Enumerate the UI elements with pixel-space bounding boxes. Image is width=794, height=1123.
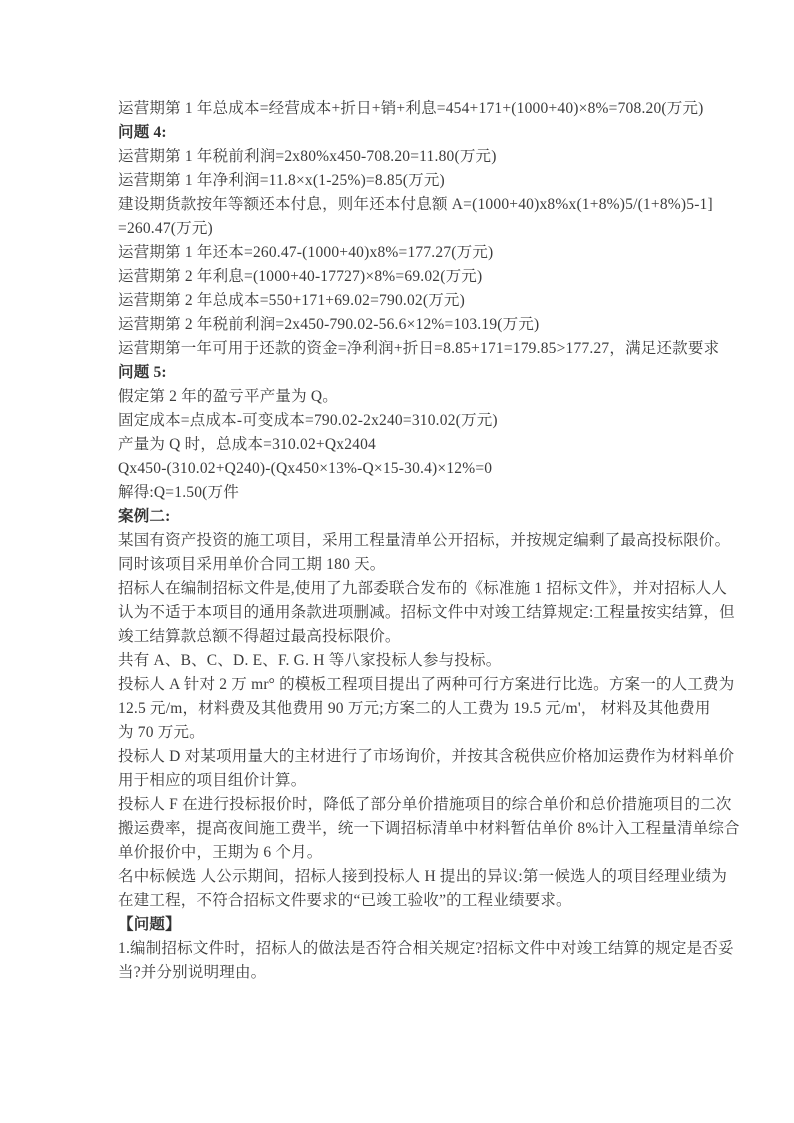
calc-line-breakeven-equation: Qx450-(310.02+Q240)-(Qx450×13%-Q×15-30.4… — [118, 457, 680, 481]
calc-line-total-cost-at-q: 产量为 Q 时，总成本=310.02+Qx2404 — [118, 433, 680, 457]
calc-line-annual-repayment-result: =260.47(万元) — [118, 217, 680, 241]
text-line-bidders-list: 共有 A、B、C、D. E、F. G. H 等八家投标人参与投标。 — [118, 649, 680, 673]
heading-questions: 【问题】 — [118, 913, 680, 937]
calc-line-breakeven-solution: 解得:Q=1.50(万件 — [118, 481, 680, 505]
text-line-question-1a: 1.编制招标文件时，招标人的做法是否符合相关规定?招标文件中对竣工结算的规定是否… — [118, 937, 680, 961]
text-line-bidder-a-2: 12.5 元/m，材料费及其他费用 90 万元;方案二的人工费为 19.5 元/… — [118, 697, 680, 721]
text-line-objection-1: 名中标候选 人公示期间，招标人接到投标人 H 提出的异议:第一候选人的项目经理业… — [118, 865, 680, 889]
heading-question-4: 问题 4: — [118, 121, 680, 145]
text-line-breakeven-assumption: 假定第 2 年的盈亏平产量为 Q。 — [118, 385, 680, 409]
text-line-question-1b: 当?并分别说明理由。 — [118, 961, 680, 985]
calc-line-pretax-profit-year2: 运营期第 2 年税前利润=2x450-790.02-56.6×12%=103.1… — [118, 313, 680, 337]
text-line-project-intro-2: 同时该项目采用单价合同工期 180 天。 — [118, 553, 680, 577]
calc-line-total-cost-year2: 运营期第 2 年总成本=550+171+69.02=790.02(万元) — [118, 289, 680, 313]
text-line-bidder-f-1: 投标人 F 在进行投标报价时，降低了部分单价措施项目的综合单价和总价措施项目的二… — [118, 793, 680, 817]
text-line-project-intro-1: 某国有资产投资的施工项目，采用工程量清单公开招标，并按规定编剩了最高投标限价。 — [118, 529, 680, 553]
calc-line-net-profit-year1: 运营期第 1 年净利润=11.8×x(1-25%)=8.85(万元) — [118, 169, 680, 193]
text-line-bidder-a-1: 投标人 A 针对 2 万 mr° 的模板工程项目提出了两种可行方案进行比选。方案… — [118, 673, 680, 697]
calc-line-repayment-funds-year1: 运营期第一年可用于还款的资金=净利润+折日=8.85+171=179.85>17… — [118, 337, 680, 361]
text-line-bidder-f-2: 搬运费率，提高夜间施工费半，统一下调招标清单中材料暂估单价 8%计入工程量清单综… — [118, 817, 680, 841]
text-line-bidder-d-2: 用于相应的项目组价计算。 — [118, 769, 680, 793]
calc-line-annual-repayment-formula: 建设期货款按年等额还本付息，则年还本付息额 A=(1000+40)x8%x(1+… — [118, 193, 680, 217]
calc-line-fixed-cost: 固定成本=点成本-可变成本=790.02-2x240=310.02(万元) — [118, 409, 680, 433]
calc-line-pretax-profit-year1: 运营期第 1 年税前利润=2x80%x450-708.20=11.80(万元) — [118, 145, 680, 169]
calc-line-interest-year2: 运营期第 2 年利息=(1000+40-17727)×8%=69.02(万元) — [118, 265, 680, 289]
document-page: 运营期第 1 年总成本=经营成本+折日+销+利息=454+171+(1000+4… — [0, 0, 794, 1123]
text-line-bidder-a-3: 为 70 万元。 — [118, 721, 680, 745]
heading-case-two: 案例二: — [118, 505, 680, 529]
text-line-tender-docs-1: 招标人在编制招标文件是,使用了九部委联合发布的《标准施 1 招标文件》，并对招标… — [118, 577, 680, 601]
text-line-tender-docs-2: 认为不适于本项目的通用条款进项删减。招标文件中对竣工结算规定:工程量按实结算，但 — [118, 601, 680, 625]
text-line-bidder-f-3: 单价报价中，王期为 6 个月。 — [118, 841, 680, 865]
calc-line-total-cost-year1: 运营期第 1 年总成本=经营成本+折日+销+利息=454+171+(1000+4… — [118, 97, 680, 121]
heading-question-5: 问题 5: — [118, 361, 680, 385]
document-body: 运营期第 1 年总成本=经营成本+折日+销+利息=454+171+(1000+4… — [118, 97, 680, 985]
text-line-objection-2: 在建工程，不符合招标文件要求的“已竣工验收”的工程业绩要求。 — [118, 889, 680, 913]
text-line-bidder-d-1: 投标人 D 对某项用量大的主材进行了市场询价，并按其含税供应价格加运费作为材料单… — [118, 745, 680, 769]
calc-line-principal-repayment-year1: 运营期第 1 年还本=260.47-(1000+40)x8%=177.27(万元… — [118, 241, 680, 265]
text-line-tender-docs-3: 竣工结算款总额不得超过最高投标限价。 — [118, 625, 680, 649]
